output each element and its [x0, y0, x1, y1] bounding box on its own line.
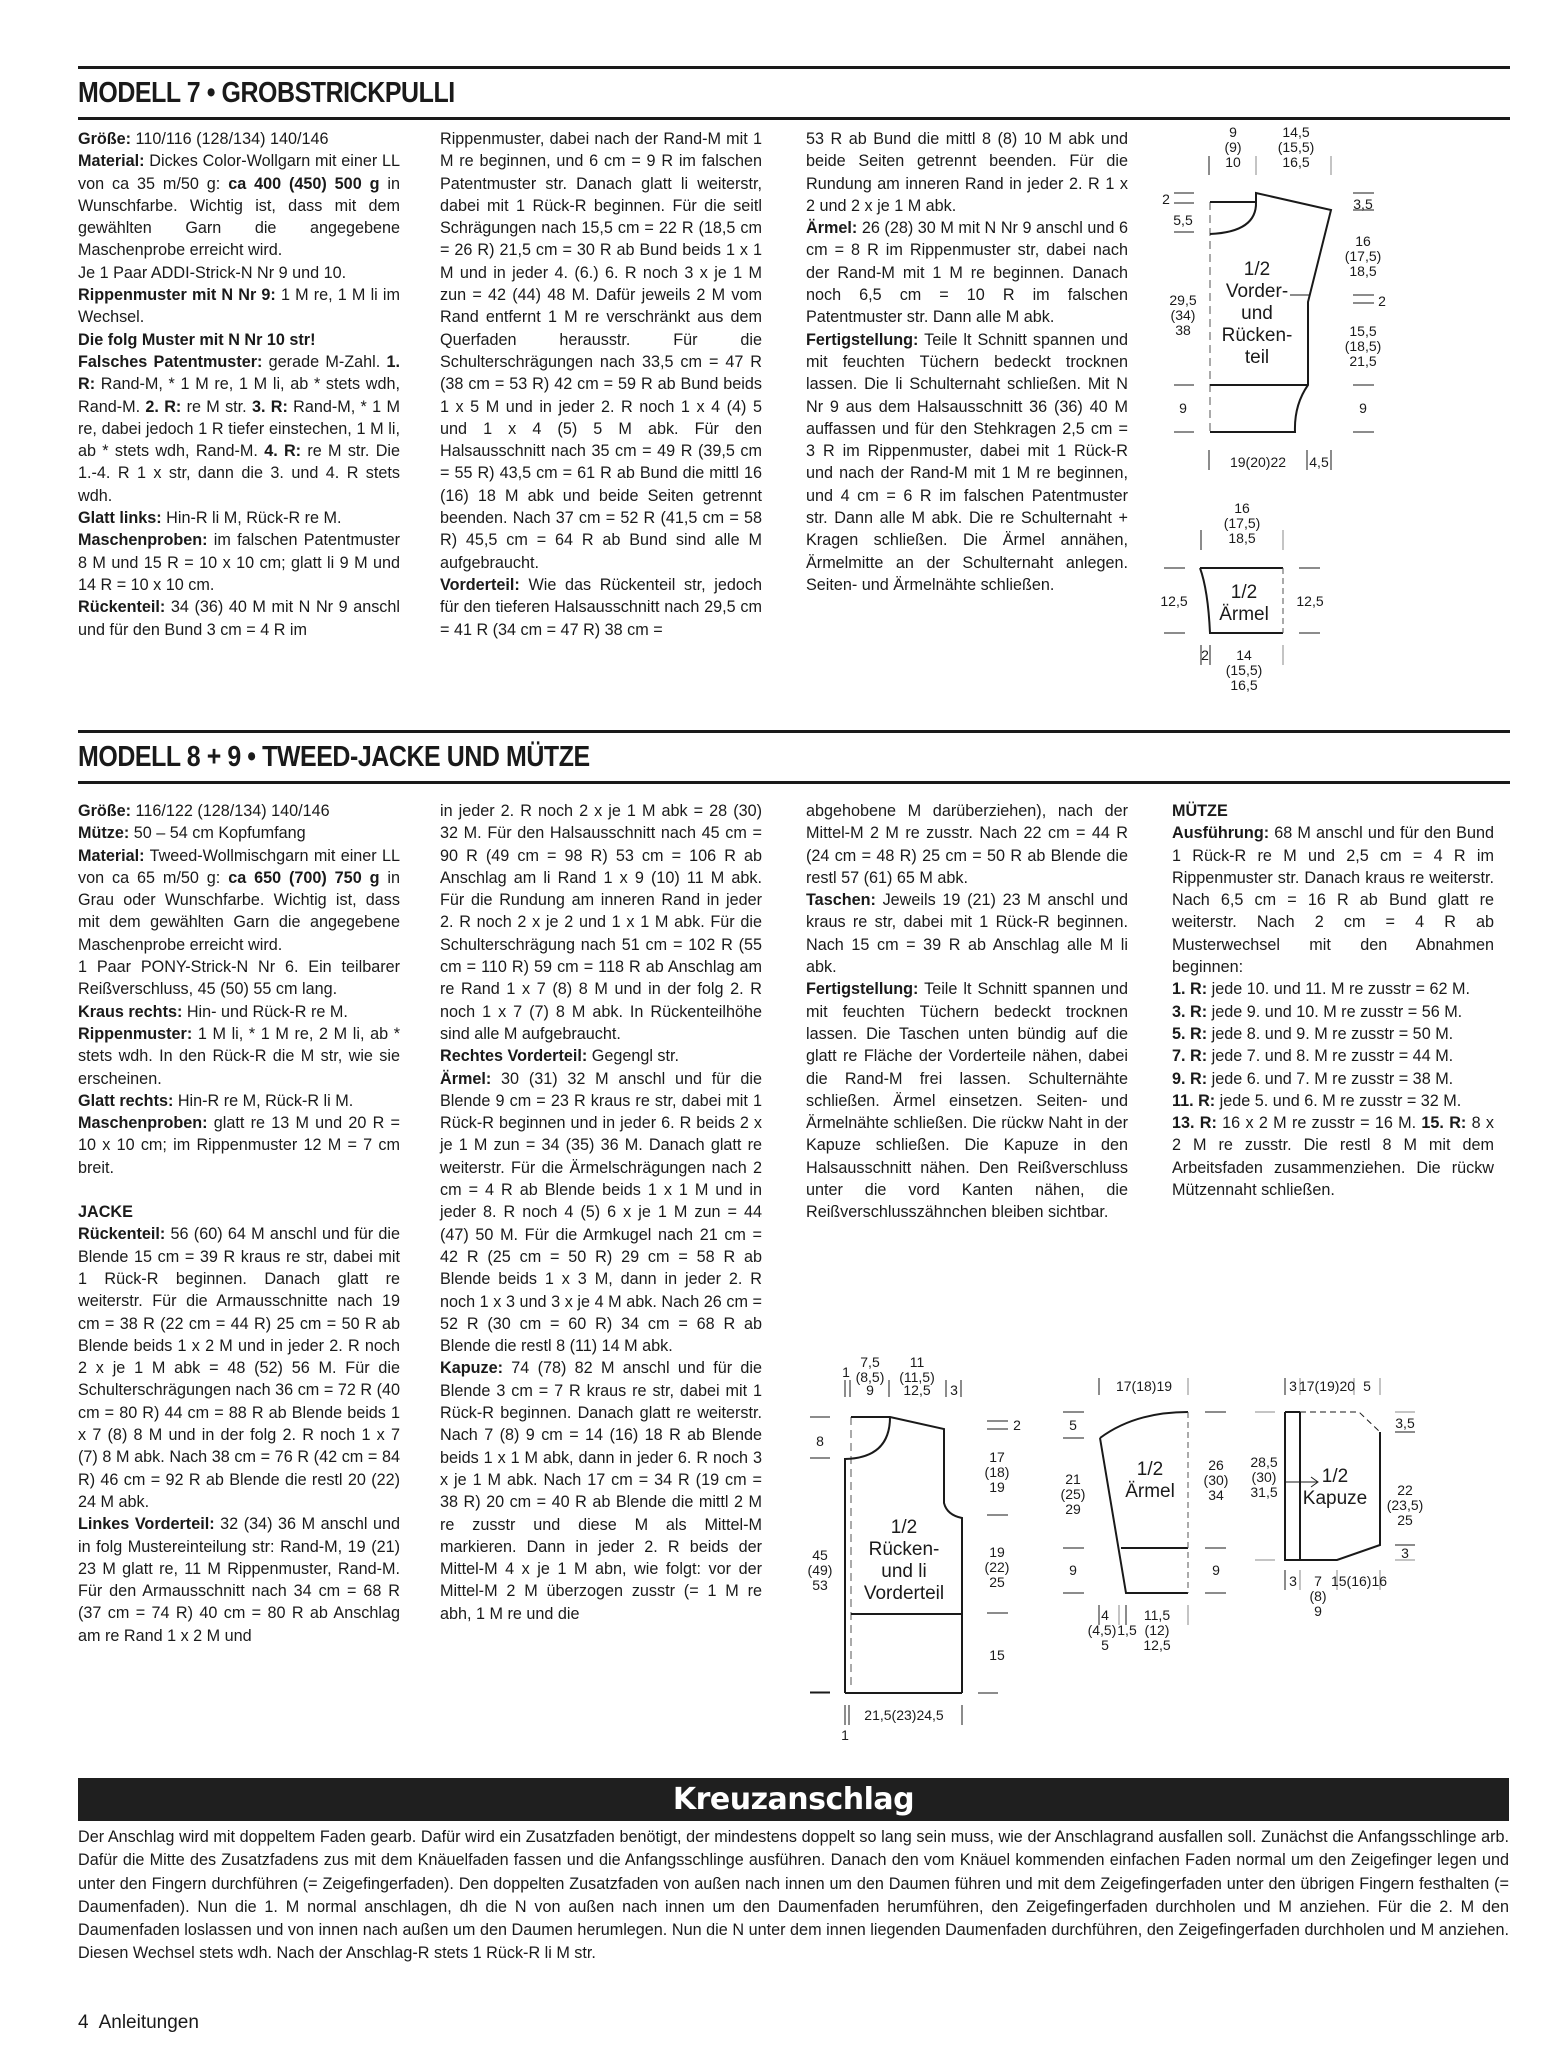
svg-text:11: 11: [910, 1354, 925, 1370]
svg-text:29: 29: [1065, 1501, 1081, 1517]
svg-text:5: 5: [1069, 1417, 1077, 1433]
paragraph: Linkes Vorderteil: 32 (34) 36 M anschl u…: [78, 1513, 400, 1647]
kreuzanschlag-text: Der Anschlag wird mit doppeltem Faden ge…: [78, 1826, 1509, 1966]
modell89-body-diagram-bottom: 21,5(23)24,5 1: [800, 1685, 1060, 1745]
paragraph: 53 R ab Bund die mittl 8 (8) 10 M abk un…: [806, 128, 1128, 217]
paragraph: in jeder 2. R noch 2 x je 1 M abk = 28 (…: [440, 800, 762, 1045]
svg-text:1/2: 1/2: [1137, 1459, 1163, 1480]
footer-section: Anleitungen: [99, 2012, 199, 2033]
svg-text:15: 15: [989, 1647, 1005, 1663]
svg-text:29,5: 29,5: [1169, 292, 1196, 308]
paragraph: 7. R: jede 7. und 8. M re zusstr = 44 M.: [1172, 1045, 1494, 1067]
modell89-column-4: MÜTZE Ausführung: 68 M anschl und für de…: [1172, 800, 1494, 1201]
paragraph: Rippenmuster: 1 M li, * 1 M re, 2 M li, …: [78, 1023, 400, 1090]
svg-text:(25): (25): [1061, 1486, 1086, 1502]
svg-text:Rücken-: Rücken-: [1222, 325, 1293, 346]
paragraph: Falsches Patentmuster: gerade M-Zahl. 1.…: [78, 351, 400, 507]
jacke-heading: JACKE: [78, 1201, 400, 1223]
paragraph: Je 1 Paar ADDI-Strick-N Nr 9 und 10.: [78, 262, 400, 284]
svg-text:(23,5): (23,5): [1387, 1497, 1424, 1513]
svg-text:Vorder-: Vorder-: [1226, 281, 1288, 302]
paragraph: Größe: 110/116 (128/134) 140/146: [78, 128, 400, 150]
svg-text:15(16)16: 15(16)16: [1331, 1573, 1387, 1589]
svg-text:7: 7: [1314, 1573, 1322, 1589]
paragraph: abgehobene M darüberziehen), nach der Mi…: [806, 800, 1128, 889]
paragraph: 9. R: jede 6. und 7. M re zusstr = 38 M.: [1172, 1068, 1494, 1090]
svg-text:25: 25: [1397, 1512, 1413, 1528]
svg-text:4,5: 4,5: [1309, 454, 1329, 470]
svg-text:Kapuze: Kapuze: [1303, 1488, 1367, 1509]
svg-text:(12): (12): [1145, 1622, 1170, 1638]
modell7-body-diagram: 9 (9) 10 14,5 (15,5) 16,5 2 5,5 29,5 (34…: [1160, 120, 1400, 480]
paragraph: Glatt links: Hin-R li M, Rück-R re M.: [78, 507, 400, 529]
svg-text:22: 22: [1397, 1482, 1413, 1498]
svg-text:(34): (34): [1171, 307, 1196, 323]
paragraph: 13. R: 16 x 2 M re zusstr = 16 M. 15. R:…: [1172, 1112, 1494, 1201]
paragraph: Rippenmuster, dabei nach der Rand-M mit …: [440, 128, 762, 574]
paragraph: Maschenproben: im falschen Patentmuster …: [78, 529, 400, 596]
svg-text:1/2: 1/2: [1244, 259, 1270, 280]
svg-text:(15,5): (15,5): [1226, 662, 1263, 678]
modell89-sleeve-diagram: 17(18)19 5 21 (25) 29 9 26 (30) 34 9 1/2…: [1060, 1370, 1240, 1660]
svg-text:2: 2: [1378, 293, 1386, 309]
svg-text:3,5: 3,5: [1353, 196, 1373, 212]
svg-text:1/2: 1/2: [891, 1517, 917, 1538]
svg-text:und li: und li: [881, 1561, 926, 1582]
paragraph: Fertigstellung: Teile lt Schnitt spannen…: [806, 329, 1128, 597]
paragraph: 3. R: jede 9. und 10. M re zusstr = 56 M…: [1172, 1001, 1494, 1023]
svg-text:17(19)20: 17(19)20: [1299, 1378, 1355, 1394]
paragraph: 5. R: jede 8. und 9. M re zusstr = 50 M.: [1172, 1023, 1494, 1045]
paragraph: Ärmel: 30 (31) 32 M anschl und für die B…: [440, 1068, 762, 1358]
modell7-title: MODELL 7 • GROBSTRICKPULLI: [78, 69, 1310, 117]
svg-text:19: 19: [989, 1544, 1005, 1560]
svg-text:38: 38: [1175, 322, 1191, 338]
svg-text:9: 9: [1359, 400, 1367, 416]
svg-text:17(18)19: 17(18)19: [1116, 1378, 1172, 1394]
svg-text:(4,5): (4,5): [1088, 1622, 1117, 1638]
svg-text:9: 9: [1179, 400, 1187, 416]
kreuzanschlag-title: Kreuzanschlag: [78, 1778, 1509, 1821]
paragraph: Kapuze: 74 (78) 82 M anschl und für die …: [440, 1357, 762, 1625]
svg-text:16,5: 16,5: [1230, 677, 1257, 693]
svg-text:4: 4: [1101, 1607, 1109, 1623]
svg-text:5: 5: [1363, 1378, 1371, 1394]
svg-text:18,5: 18,5: [1228, 530, 1255, 546]
svg-text:19: 19: [989, 1479, 1005, 1495]
svg-text:9: 9: [1314, 1603, 1322, 1619]
svg-text:(49): (49): [808, 1562, 833, 1578]
modell7-column-1: Größe: 110/116 (128/134) 140/146 Materia…: [78, 128, 400, 641]
svg-text:14: 14: [1236, 647, 1252, 663]
svg-text:8: 8: [816, 1433, 824, 1449]
svg-text:12,5: 12,5: [903, 1382, 930, 1398]
modell89-column-3: abgehobene M darüberziehen), nach der Mi…: [806, 800, 1128, 1224]
svg-text:2: 2: [1013, 1417, 1021, 1433]
paragraph: Glatt rechts: Hin-R re M, Rück-R li M.: [78, 1090, 400, 1112]
page-footer: 4Anleitungen: [78, 2012, 209, 2034]
svg-text:1,5: 1,5: [1117, 1622, 1137, 1638]
svg-text:25: 25: [989, 1574, 1005, 1590]
kreuzanschlag-banner: Kreuzanschlag: [78, 1778, 1509, 1821]
svg-text:19(20)22: 19(20)22: [1230, 454, 1286, 470]
svg-text:5,5: 5,5: [1173, 212, 1193, 228]
svg-text:Vorderteil: Vorderteil: [864, 1583, 944, 1604]
svg-text:53: 53: [812, 1577, 828, 1593]
svg-text:(17,5): (17,5): [1345, 248, 1382, 264]
svg-text:5: 5: [1101, 1637, 1109, 1653]
modell7-sleeve-diagram: 16 (17,5) 18,5 12,5 12,5 1/2 Ärmel 2 14 …: [1160, 500, 1400, 710]
svg-text:3: 3: [1401, 1545, 1409, 1561]
modell7-column-3: 53 R ab Bund die mittl 8 (8) 10 M abk un…: [806, 128, 1128, 596]
svg-text:(30): (30): [1252, 1469, 1277, 1485]
svg-text:9: 9: [866, 1382, 874, 1398]
svg-text:1/2: 1/2: [1322, 1466, 1348, 1487]
modell89-column-2: in jeder 2. R noch 2 x je 1 M abk = 28 (…: [440, 800, 762, 1625]
paragraph: Material: Dickes Color-Wollgarn mit eine…: [78, 150, 400, 261]
muetze-heading: MÜTZE: [1172, 800, 1494, 822]
svg-text:45: 45: [812, 1547, 828, 1563]
svg-text:Ärmel: Ärmel: [1125, 1481, 1175, 1502]
svg-text:9: 9: [1069, 1562, 1077, 1578]
modell89-body-diagram: 1 7,5 (8,5) 9 11 (11,5) 12,5 3 8 45 (49)…: [800, 1355, 1060, 1675]
svg-text:(18): (18): [985, 1464, 1010, 1480]
paragraph: Die folg Muster mit N Nr 10 str!: [78, 329, 400, 351]
svg-text:Ärmel: Ärmel: [1219, 604, 1269, 625]
paragraph: Vorderteil: Wie das Rückenteil str, jedo…: [440, 574, 762, 641]
paragraph: Rückenteil: 56 (60) 64 M anschl und für …: [78, 1223, 400, 1513]
svg-text:(8): (8): [1309, 1588, 1326, 1604]
paragraph: Größe: 116/122 (128/134) 140/146: [78, 800, 400, 822]
svg-text:2: 2: [1201, 647, 1209, 663]
svg-text:16: 16: [1355, 233, 1371, 249]
svg-text:34: 34: [1208, 1487, 1224, 1503]
svg-text:21,5: 21,5: [1349, 353, 1376, 369]
svg-text:16,5: 16,5: [1282, 154, 1309, 170]
paragraph: Fertigstellung: Teile lt Schnitt spannen…: [806, 978, 1128, 1223]
svg-text:12,5: 12,5: [1296, 593, 1323, 609]
svg-text:(22): (22): [985, 1559, 1010, 1575]
svg-text:1: 1: [841, 1727, 849, 1743]
svg-text:3: 3: [950, 1382, 958, 1398]
modell89-hood-diagram: 3 17(19)20 5 28,5 (30) 31,5 3,5 22 (23,5…: [1255, 1370, 1505, 1630]
modell7-heading: MODELL 7 • GROBSTRICKPULLI: [78, 66, 1510, 120]
svg-text:1: 1: [842, 1364, 850, 1380]
svg-text:26: 26: [1208, 1457, 1224, 1473]
paragraph: Rechtes Vorderteil: Gegengl str.: [440, 1045, 762, 1067]
svg-text:3,5: 3,5: [1395, 1415, 1415, 1431]
svg-text:17: 17: [989, 1449, 1005, 1465]
paragraph: 1 Paar PONY-Strick-N Nr 6. Ein teilbarer…: [78, 956, 400, 1001]
svg-text:1/2: 1/2: [1231, 582, 1257, 603]
svg-text:und: und: [1241, 303, 1273, 324]
modell89-heading: MODELL 8 + 9 • TWEED-JACKE UND MÜTZE: [78, 730, 1510, 784]
svg-text:Rücken-: Rücken-: [869, 1539, 940, 1560]
paragraph: Rückenteil: 34 (36) 40 M mit N Nr 9 ansc…: [78, 596, 400, 641]
svg-text:31,5: 31,5: [1250, 1484, 1277, 1500]
paragraph: Mütze: 50 – 54 cm Kopfumfang: [78, 822, 400, 844]
modell7-column-2: Rippenmuster, dabei nach der Rand-M mit …: [440, 128, 762, 641]
modell89-title: MODELL 8 + 9 • TWEED-JACKE UND MÜTZE: [78, 733, 1310, 781]
svg-text:28,5: 28,5: [1250, 1454, 1277, 1470]
paragraph: Material: Tweed-Wollmischgarn mit einer …: [78, 845, 400, 956]
svg-text:21: 21: [1065, 1471, 1081, 1487]
paragraph: Ärmel: 26 (28) 30 M mit N Nr 9 anschl un…: [806, 217, 1128, 328]
paragraph: Kraus rechts: Hin- und Rück-R re M.: [78, 1001, 400, 1023]
svg-text:9: 9: [1212, 1562, 1220, 1578]
svg-text:(30): (30): [1204, 1472, 1229, 1488]
paragraph: Rippenmuster mit N Nr 9: 1 M re, 1 M li …: [78, 284, 400, 329]
svg-text:18,5: 18,5: [1349, 263, 1376, 279]
svg-text:11,5: 11,5: [1144, 1607, 1170, 1623]
paragraph: Maschenproben: glatt re 13 M und 20 R = …: [78, 1112, 400, 1179]
svg-text:(18,5): (18,5): [1345, 338, 1382, 354]
svg-text:teil: teil: [1245, 347, 1269, 368]
svg-text:(17,5): (17,5): [1224, 515, 1261, 531]
dim-shoulder-width: 14,5: [1282, 124, 1309, 140]
svg-text:(15,5): (15,5): [1278, 139, 1315, 155]
page-number: 4: [78, 2012, 89, 2033]
svg-text:21,5(23)24,5: 21,5(23)24,5: [864, 1707, 944, 1723]
dim-neck-width: 9: [1229, 124, 1237, 140]
svg-text:3: 3: [1289, 1573, 1297, 1589]
svg-text:7,5: 7,5: [860, 1354, 880, 1370]
svg-text:2: 2: [1162, 191, 1170, 207]
paragraph: Ausführung: 68 M anschl und für den Bund…: [1172, 822, 1494, 978]
modell89-column-1: Größe: 116/122 (128/134) 140/146 Mütze: …: [78, 800, 400, 1647]
paragraph: Taschen: Jeweils 19 (21) 23 M anschl und…: [806, 889, 1128, 978]
svg-text:16: 16: [1234, 500, 1250, 516]
svg-text:12,5: 12,5: [1143, 1637, 1170, 1653]
svg-text:3: 3: [1289, 1378, 1297, 1394]
svg-text:12,5: 12,5: [1160, 593, 1187, 609]
paragraph: 11. R: jede 5. und 6. M re zusstr = 32 M…: [1172, 1090, 1494, 1112]
paragraph: 1. R: jede 10. und 11. M re zusstr = 62 …: [1172, 978, 1494, 1000]
svg-text:10: 10: [1225, 154, 1241, 170]
svg-text:(9): (9): [1224, 139, 1241, 155]
svg-text:15,5: 15,5: [1349, 323, 1376, 339]
